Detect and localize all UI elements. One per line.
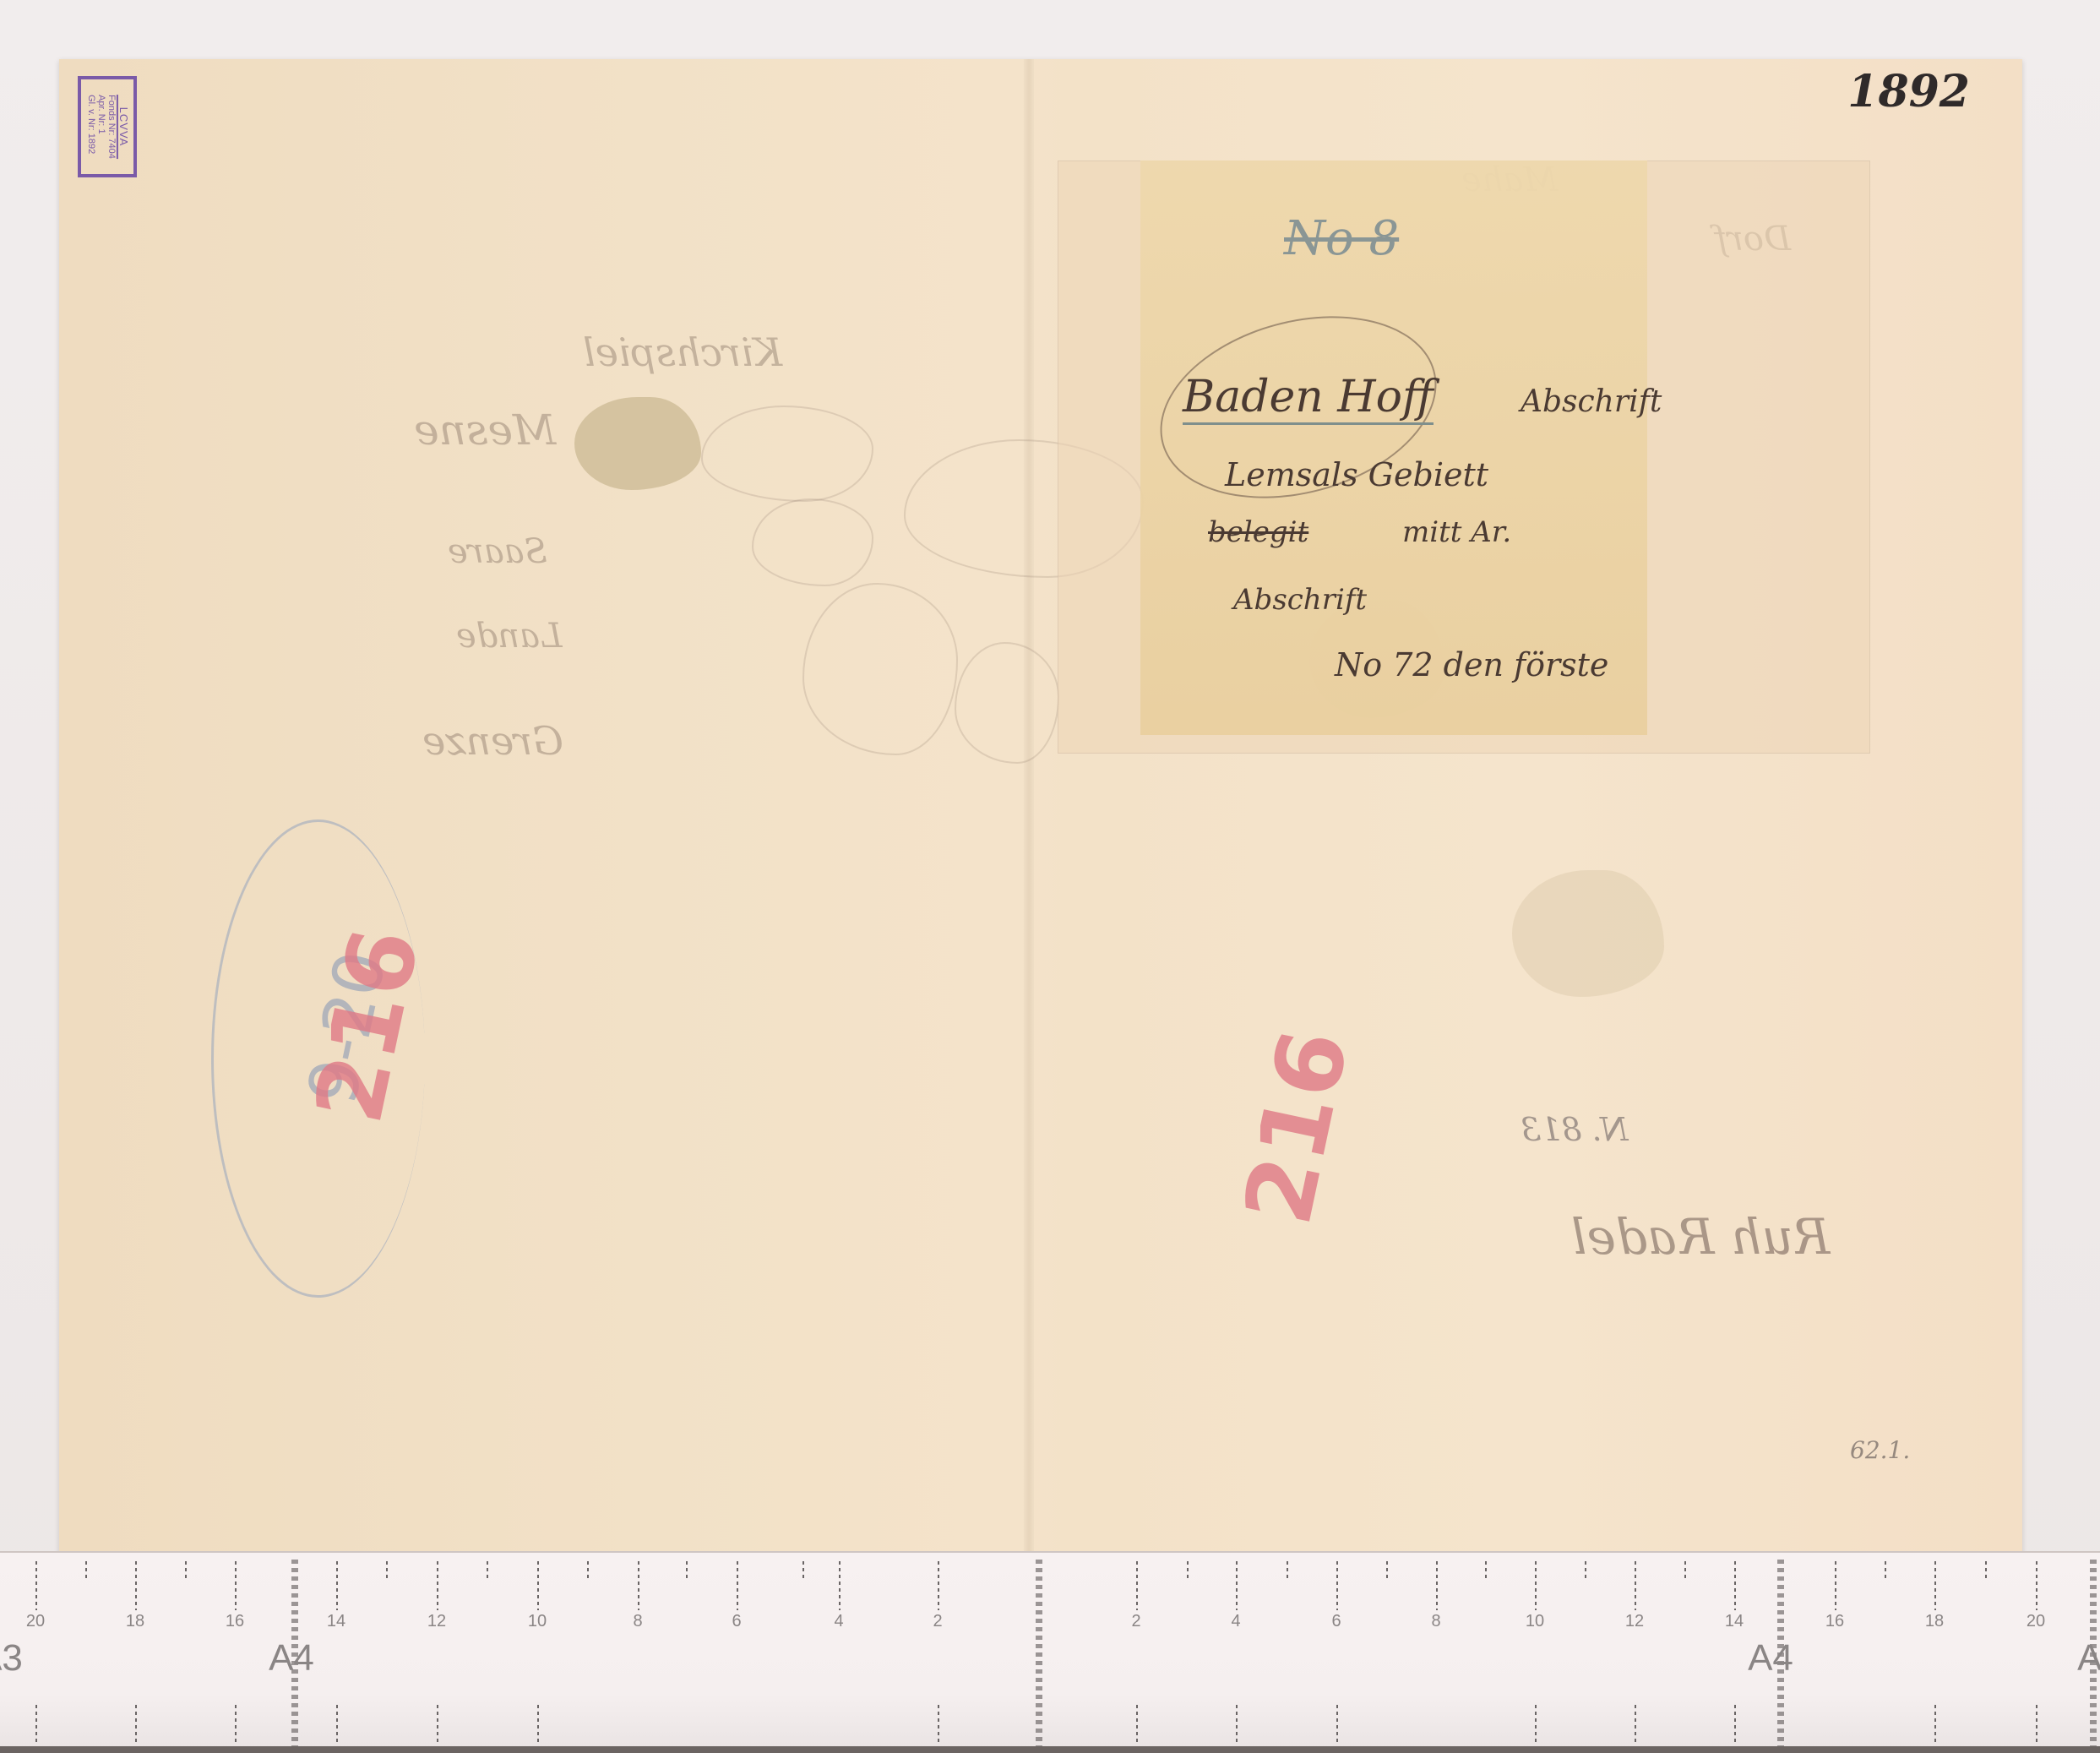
bleed-word: Lande [456, 617, 562, 656]
scale-ruler: 20 18 16 14 12 10 8 6 4 2 2 4 6 8 10 12 … [0, 1551, 2100, 1753]
ruler-tick [938, 1561, 939, 1610]
ruler-tick-lower [235, 1705, 237, 1745]
stamp-apr-label: Apr. Nr: [96, 95, 106, 126]
ruler-label: 18 [1925, 1612, 1944, 1631]
ruler-label: 14 [327, 1612, 345, 1631]
label-line-title: Baden Hoff [1183, 372, 1434, 422]
ruler-shadow [0, 1746, 2100, 1753]
ruler-tick [1485, 1561, 1487, 1580]
ruler-size-a4-left: A4 [269, 1637, 314, 1680]
ruler-tick [1236, 1561, 1238, 1610]
ruler-tick [135, 1561, 137, 1610]
ruler-tick [839, 1561, 841, 1610]
label-line-abschrift-2: Abschrift [1233, 583, 1367, 617]
ruler-tick-lower [1535, 1705, 1537, 1745]
ruler-label: 4 [834, 1612, 843, 1631]
ruler-tick [1585, 1561, 1586, 1580]
label-line-belegit: belegit [1208, 515, 1308, 549]
ruler-size-a3-right: A3 [2077, 1637, 2100, 1680]
ruler-size-a4-right: A4 [1748, 1637, 1793, 1680]
ruler-tick [1136, 1561, 1138, 1610]
ruler-tick [1835, 1561, 1836, 1610]
bleed-map-shape [955, 642, 1059, 764]
manuscript-number: 1892 [1847, 66, 1970, 117]
ruler-tick-lower [938, 1705, 939, 1745]
archive-stamp: LCVVA Fonds Nr: 7404 Apr. Nr: 1 Gl. v. N… [78, 76, 137, 177]
ruler-label: 6 [1331, 1612, 1341, 1631]
ruler-tick [185, 1561, 187, 1580]
ruler-tick-lower [1635, 1705, 1636, 1745]
ruler-tick [638, 1561, 639, 1610]
ruler-label: 16 [226, 1612, 244, 1631]
bleed-word: Saare [448, 532, 547, 571]
ruler-label: 18 [126, 1612, 144, 1631]
ruler-tick-lower [35, 1705, 37, 1745]
ruler-tick [587, 1561, 589, 1580]
ruler-label: 10 [528, 1612, 547, 1631]
bleed-map-shape [802, 583, 958, 755]
stain-lower [1512, 870, 1664, 997]
stamp-glv-value: 1892 [86, 133, 96, 154]
ruler-tick [386, 1561, 388, 1580]
ruler-tick-lower [1136, 1705, 1138, 1745]
ruler-label: 20 [26, 1612, 45, 1631]
stamp-glv-row: Gl. v. Nr: 1892 [86, 95, 96, 159]
ruler-label: 8 [1431, 1612, 1440, 1631]
ruler-tick [737, 1561, 738, 1610]
label-line-mitt: mitt Ar. [1402, 515, 1511, 549]
ruler-label: 12 [427, 1612, 446, 1631]
ruler-tick [1336, 1561, 1338, 1610]
bleed-map-shape [752, 498, 873, 586]
ruler-tick-lower [437, 1705, 438, 1745]
ruler-tick-lower [1934, 1705, 1936, 1745]
ruler-tick [487, 1561, 488, 1580]
ruler-tick [1684, 1561, 1686, 1580]
ruler-tick [85, 1561, 87, 1580]
stamp-fonds-label: Fonds Nr: [106, 95, 117, 135]
stamp-glv-label: Gl. v. Nr: [86, 95, 96, 131]
ruler-label: 16 [1825, 1612, 1844, 1631]
ruler-tick [1287, 1561, 1288, 1580]
label-title-text: Baden Hoff [1183, 372, 1434, 425]
label-line-gebiett: Lemsals Gebiett [1225, 456, 1488, 493]
ruler-tick [35, 1561, 37, 1610]
stamp-apr-value: 1 [96, 128, 106, 133]
ruler-tick-lower [336, 1705, 338, 1745]
center-fold [1024, 59, 1034, 1554]
ruler-tick-lower [135, 1705, 137, 1745]
mirrored-number-text: N. 813 [1521, 1111, 1629, 1148]
ruler-tick [1386, 1561, 1388, 1580]
ruler-tick [235, 1561, 237, 1610]
ruler-tick [336, 1561, 338, 1610]
ruler-center-mark [1036, 1560, 1042, 1750]
label-line-number: No 72 den förste [1335, 646, 1608, 683]
ruler-label: 14 [1725, 1612, 1744, 1631]
ruler-tick-lower [537, 1705, 539, 1745]
stamp-apr-row: Apr. Nr: 1 [96, 95, 106, 159]
red-pencil-number-right: 216 [1223, 1021, 1369, 1233]
ruler-tick [1436, 1561, 1438, 1610]
ruler-tick [1985, 1561, 1987, 1580]
ruler-tick [1535, 1561, 1537, 1610]
ruler-tick [1934, 1561, 1936, 1610]
ruler-label: 10 [1526, 1612, 1544, 1631]
ruler-tick [1635, 1561, 1636, 1610]
bleed-map-shape [701, 406, 873, 502]
ruler-tick [537, 1561, 539, 1610]
ruler-tick [2036, 1561, 2037, 1610]
ruler-label: 6 [732, 1612, 741, 1631]
ruler-tick [1187, 1561, 1189, 1580]
ruler-tick [686, 1561, 688, 1580]
ruler-label: 2 [933, 1612, 942, 1631]
stamp-fonds-row: Fonds Nr: 7404 [106, 95, 117, 159]
stain-left [574, 397, 701, 490]
ruler-tick-lower [1734, 1705, 1736, 1745]
ruler-tick [1734, 1561, 1736, 1610]
ruler-label: 2 [1131, 1612, 1140, 1631]
corner-pencil-mark: 62.1. [1850, 1436, 1910, 1464]
mirrored-signature: Ruh Radel [1571, 1208, 1830, 1266]
stamp-title: LCVVA [117, 95, 128, 159]
bleed-word: Kirchspiel [583, 329, 782, 375]
bleed-word: Grenze [422, 718, 563, 764]
ruler-label: 12 [1625, 1612, 1644, 1631]
ruler-label: 4 [1231, 1612, 1240, 1631]
ruler-size-a3-left: A3 [0, 1637, 23, 1680]
pencil-number-crossed: No 8 [1284, 211, 1399, 266]
ruler-tick [1885, 1561, 1886, 1580]
ruler-tick [437, 1561, 438, 1610]
ruler-tick-lower [1336, 1705, 1338, 1745]
stamp-fonds-value: 7404 [106, 138, 117, 158]
mirrored-number: N. 813 [1521, 1111, 1629, 1148]
ruler-label: 8 [633, 1612, 642, 1631]
ruler-tick-lower [2036, 1705, 2037, 1745]
bleed-word: Mesne [414, 406, 556, 455]
label-line-abschrift: Abschrift [1521, 384, 1662, 419]
ruler-tick-lower [1236, 1705, 1238, 1745]
ruler-label: 20 [2027, 1612, 2045, 1631]
ruler-tick [802, 1561, 804, 1580]
